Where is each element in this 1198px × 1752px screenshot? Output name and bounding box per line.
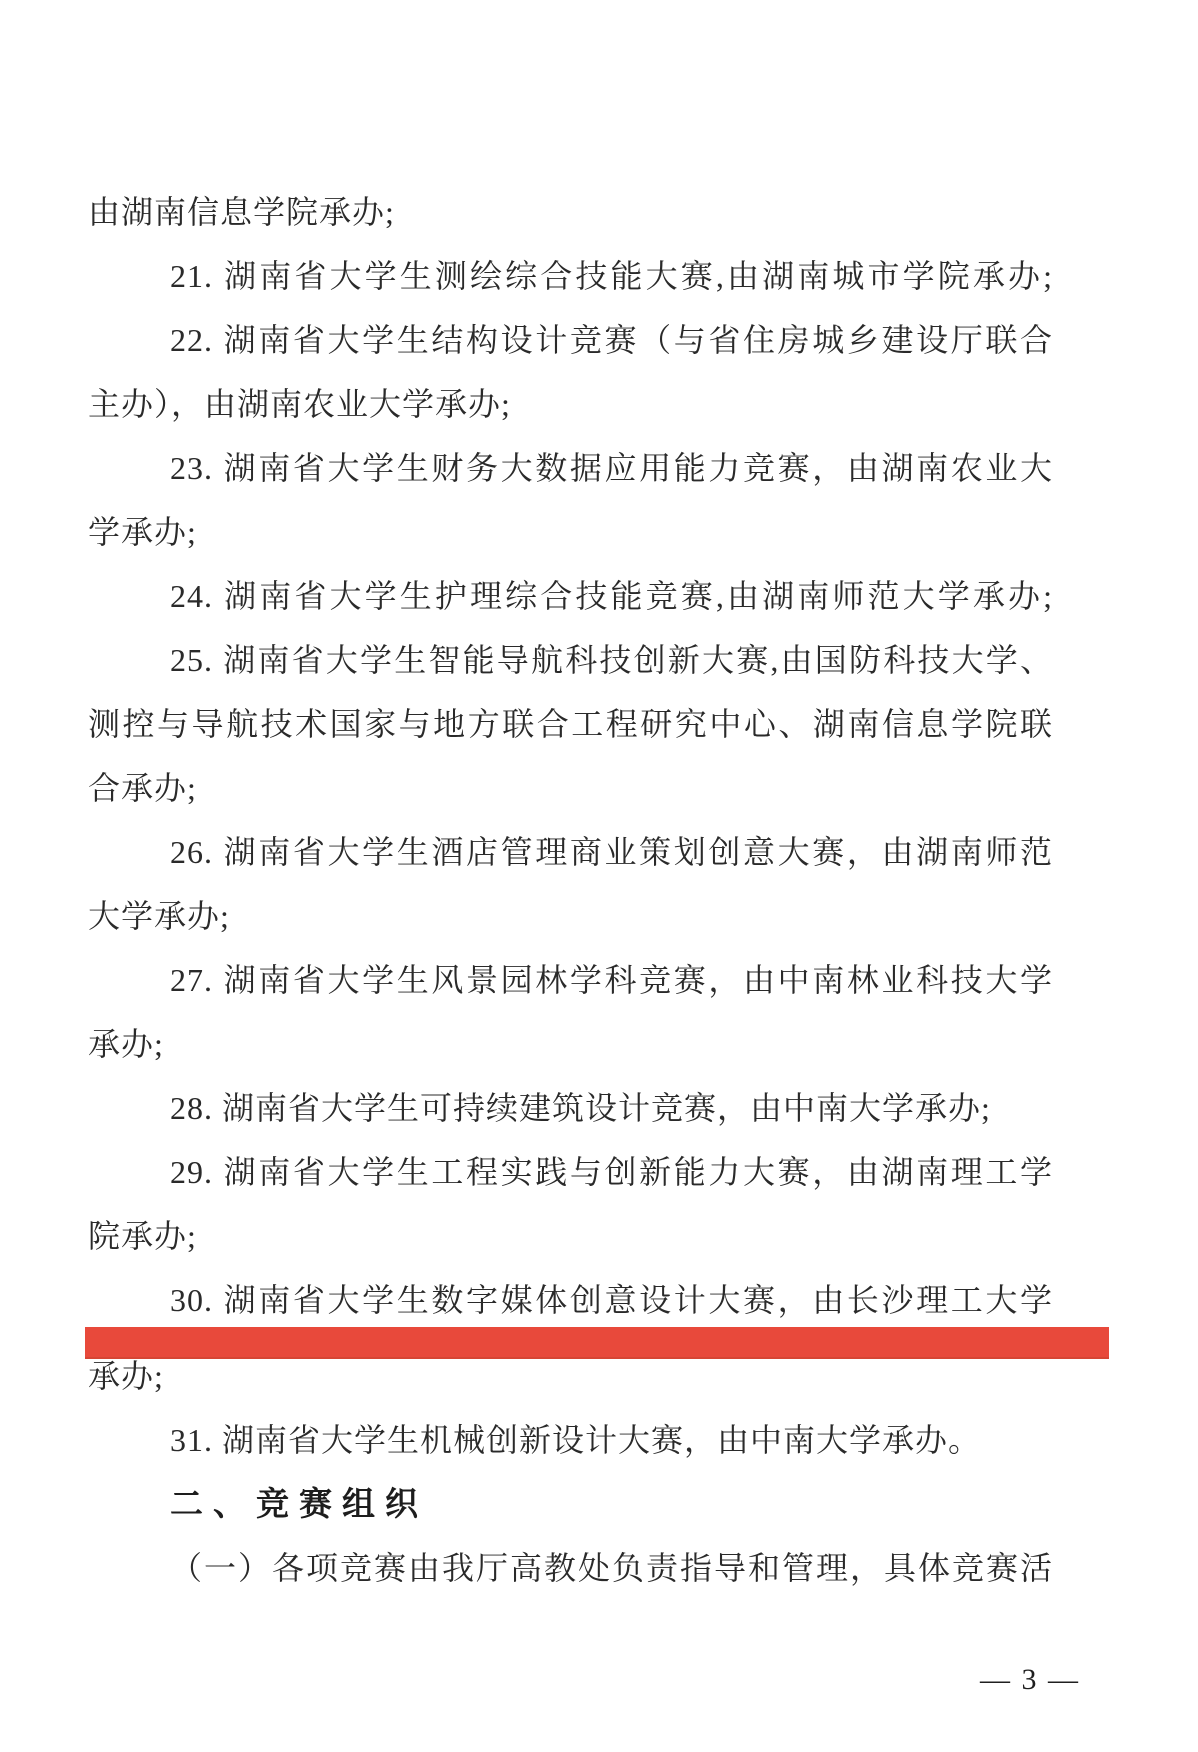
document-line: 学承办; [88, 500, 1053, 564]
document-line: 26. 湖南省大学生酒店管理商业策划创意大赛，由湖南师范 [88, 820, 1053, 884]
section-heading: 二、竞赛组织 [88, 1472, 1053, 1536]
document-line: 21. 湖南省大学生测绘综合技能大赛,由湖南城市学院承办; [88, 244, 1053, 308]
document-line: 27. 湖南省大学生风景园林学科竞赛，由中南林业科技大学 [88, 948, 1053, 1012]
document-line: 28. 湖南省大学生可持续建筑设计竞赛，由中南大学承办; [88, 1076, 1053, 1140]
red-underline-annotation [85, 1327, 1109, 1359]
document-line: 22. 湖南省大学生结构设计竞赛（与省住房城乡建设厅联合 [88, 308, 1053, 372]
document-line: 29. 湖南省大学生工程实践与创新能力大赛，由湖南理工学 [88, 1140, 1053, 1204]
document-line: （一）各项竞赛由我厅高教处负责指导和管理，具体竞赛活 [88, 1536, 1053, 1600]
document-line: 24. 湖南省大学生护理综合技能竞赛,由湖南师范大学承办; [88, 564, 1053, 628]
page-number: — 3 — [940, 1655, 1120, 1705]
document-line: 25. 湖南省大学生智能导航科技创新大赛,由国防科技大学、 [88, 628, 1053, 692]
document-line: 院承办; [88, 1204, 1053, 1268]
document-line: 主办），由湖南农业大学承办; [88, 372, 1053, 436]
text-block: 由湖南信息学院承办;21. 湖南省大学生测绘综合技能大赛,由湖南城市学院承办;2… [88, 180, 1053, 1600]
document-line: 由湖南信息学院承办; [88, 180, 1053, 244]
document-line: 31. 湖南省大学生机械创新设计大赛，由中南大学承办。 [88, 1408, 1053, 1472]
document-line: 承办; [88, 1012, 1053, 1076]
document-line: 合承办; [88, 756, 1053, 820]
document-page: 由湖南信息学院承办;21. 湖南省大学生测绘综合技能大赛,由湖南城市学院承办;2… [0, 0, 1198, 1752]
document-line: 23. 湖南省大学生财务大数据应用能力竞赛，由湖南农业大 [88, 436, 1053, 500]
document-line: 测控与导航技术国家与地方联合工程研究中心、湖南信息学院联 [88, 692, 1053, 756]
document-line: 大学承办; [88, 884, 1053, 948]
document-line: 30. 湖南省大学生数字媒体创意设计大赛，由长沙理工大学 [88, 1268, 1053, 1332]
